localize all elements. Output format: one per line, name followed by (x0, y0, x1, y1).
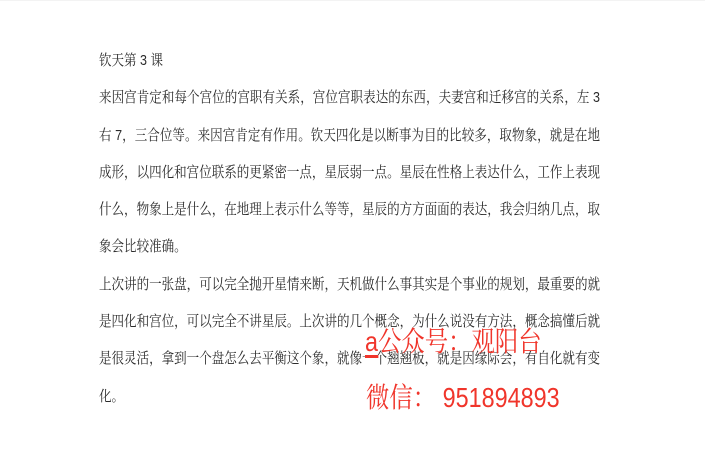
document-title: 钦天第 3 课 (99, 42, 600, 79)
text-line: 右 7，三合位等。来因宫肯定有作用。钦天四化是以断事为目的比较多，取物象，就是在… (99, 117, 600, 154)
text-line: 来因宫肯定和每个宫位的宫职有关系，宫位宫职表达的东西，夫妻宫和迁移宫的关系，左 … (99, 79, 600, 116)
text-line: 上次讲的一张盘，可以完全抛开星情来断，天机做什么事其实是个事业的规划，最重要的就 (99, 266, 600, 303)
watermark-prefix: a (365, 329, 378, 358)
text-line: 成形，以四化和宫位联系的更紧密一点，星辰弱一点。星辰在性格上表达什么，工作上表现 (99, 154, 600, 191)
watermark-official-account: a公众号：观阳台 (365, 327, 542, 358)
watermark-wechat-id: 微信： 951894893 (366, 383, 560, 413)
text-line: 什么，物象上是什么，在地理上表示什么等等，星辰的方方面面的表达，我会归纳几点，取 (99, 191, 600, 228)
document-page: 钦天第 3 课 来因宫肯定和每个宫位的宫职有关系，宫位宫职表达的东西，夫妻宫和迁… (0, 0, 705, 449)
watermark-official-account-text: 公众号：观阳台 (378, 326, 542, 357)
document-body: 钦天第 3 课 来因宫肯定和每个宫位的宫职有关系，宫位宫职表达的东西，夫妻宫和迁… (99, 42, 600, 415)
text-line: 象会比较准确。 (99, 228, 600, 265)
